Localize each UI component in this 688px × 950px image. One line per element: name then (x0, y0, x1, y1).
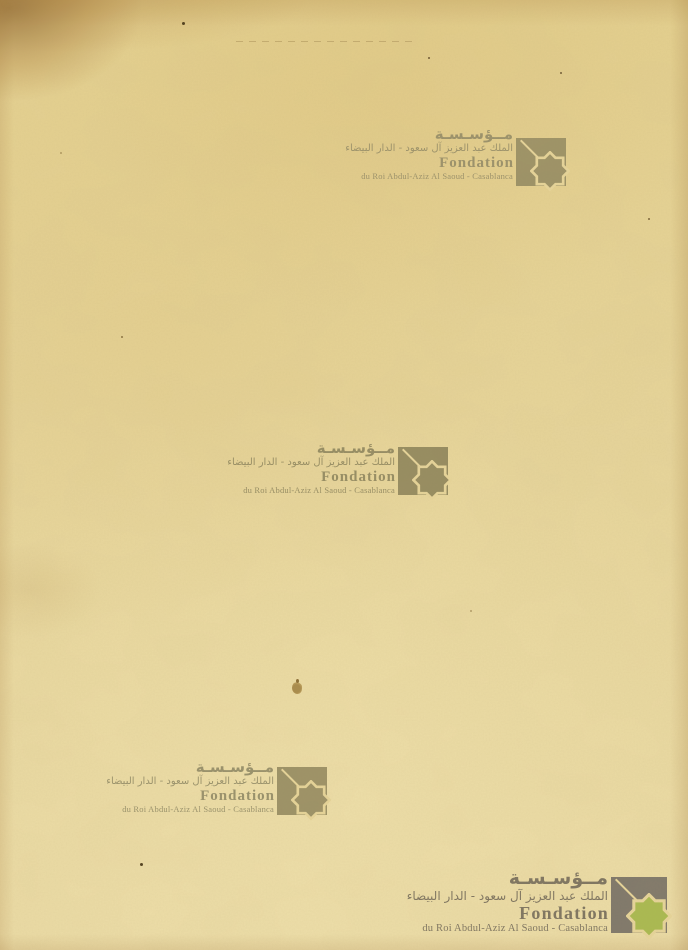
foundation-logo-icon (611, 877, 667, 933)
stamp-arabic-subtitle: الملك عبد العزيز آل سعود - الدار البيضاء (363, 142, 513, 155)
paper-speck (560, 72, 562, 74)
stamp-latin-title: Fondation (363, 155, 514, 171)
stamp-arabic-subtitle: الملك عبد العزيز آل سعود - الدار البيضاء (116, 775, 274, 788)
foundation-watermark-stamp-top: مــؤسـسـة الملك عبد العزيز آل سعود - الد… (363, 127, 566, 186)
paper-speck (470, 610, 472, 612)
stamp-text-block: مــؤسـسـة الملك عبد العزيز آل سعود - الد… (245, 441, 395, 495)
paper-speck (428, 57, 430, 59)
stamp-text-block: مــؤسـسـة الملك عبد العزيز آل سعود - الد… (413, 869, 608, 935)
stamp-latin-subtitle: du Roi Abdul-Aziz Al Saoud - Casablanca (363, 171, 513, 181)
stamp-arabic-title: مــؤسـسـة (245, 441, 395, 456)
paper-speck (121, 336, 123, 338)
eight-pointed-star-icon (291, 780, 331, 820)
stamp-latin-subtitle: du Roi Abdul-Aziz Al Saoud - Casablanca (245, 485, 395, 495)
stamp-text-block: مــؤسـسـة الملك عبد العزيز آل سعود - الد… (363, 127, 513, 181)
stamp-arabic-title: مــؤسـسـة (116, 760, 274, 775)
paper-speck (182, 22, 185, 25)
foundation-watermark-stamp-lower-left: مــؤسـسـة الملك عبد العزيز آل سعود - الد… (116, 760, 327, 815)
paper-speck (648, 218, 650, 220)
paper-speck (140, 863, 143, 866)
stamp-latin-title: Fondation (116, 788, 275, 804)
foundation-watermark-stamp-bottom-right: مــؤسـسـة الملك عبد العزيز آل سعود - الد… (413, 869, 667, 935)
stamp-arabic-subtitle: الملك عبد العزيز آل سعود - الدار البيضاء (413, 888, 608, 904)
paper-scratch (236, 41, 416, 42)
stamp-text-block: مــؤسـسـة الملك عبد العزيز آل سعود - الد… (116, 760, 274, 814)
paper-stain-blob (292, 682, 302, 694)
foundation-logo-icon (516, 138, 566, 186)
stamp-latin-title: Fondation (413, 904, 609, 923)
stamp-arabic-subtitle: الملك عبد العزيز آل سعود - الدار البيضاء (245, 456, 395, 469)
scanned-paper-page: مــؤسـسـة الملك عبد العزيز آل سعود - الد… (0, 0, 688, 950)
stamp-latin-subtitle: du Roi Abdul-Aziz Al Saoud - Casablanca (413, 923, 608, 935)
eight-pointed-star-icon (530, 151, 570, 191)
stamp-arabic-title: مــؤسـسـة (363, 127, 513, 142)
eight-pointed-star-icon (412, 460, 452, 500)
foundation-logo-icon (398, 447, 448, 495)
foundation-watermark-stamp-middle: مــؤسـسـة الملك عبد العزيز آل سعود - الد… (245, 441, 448, 495)
stamp-latin-subtitle: du Roi Abdul-Aziz Al Saoud - Casablanca (116, 804, 274, 814)
eight-pointed-star-icon (626, 893, 672, 939)
stamp-latin-title: Fondation (245, 469, 396, 485)
foundation-logo-icon (277, 767, 327, 815)
paper-speck (60, 152, 62, 154)
stamp-arabic-title: مــؤسـسـة (413, 869, 608, 888)
